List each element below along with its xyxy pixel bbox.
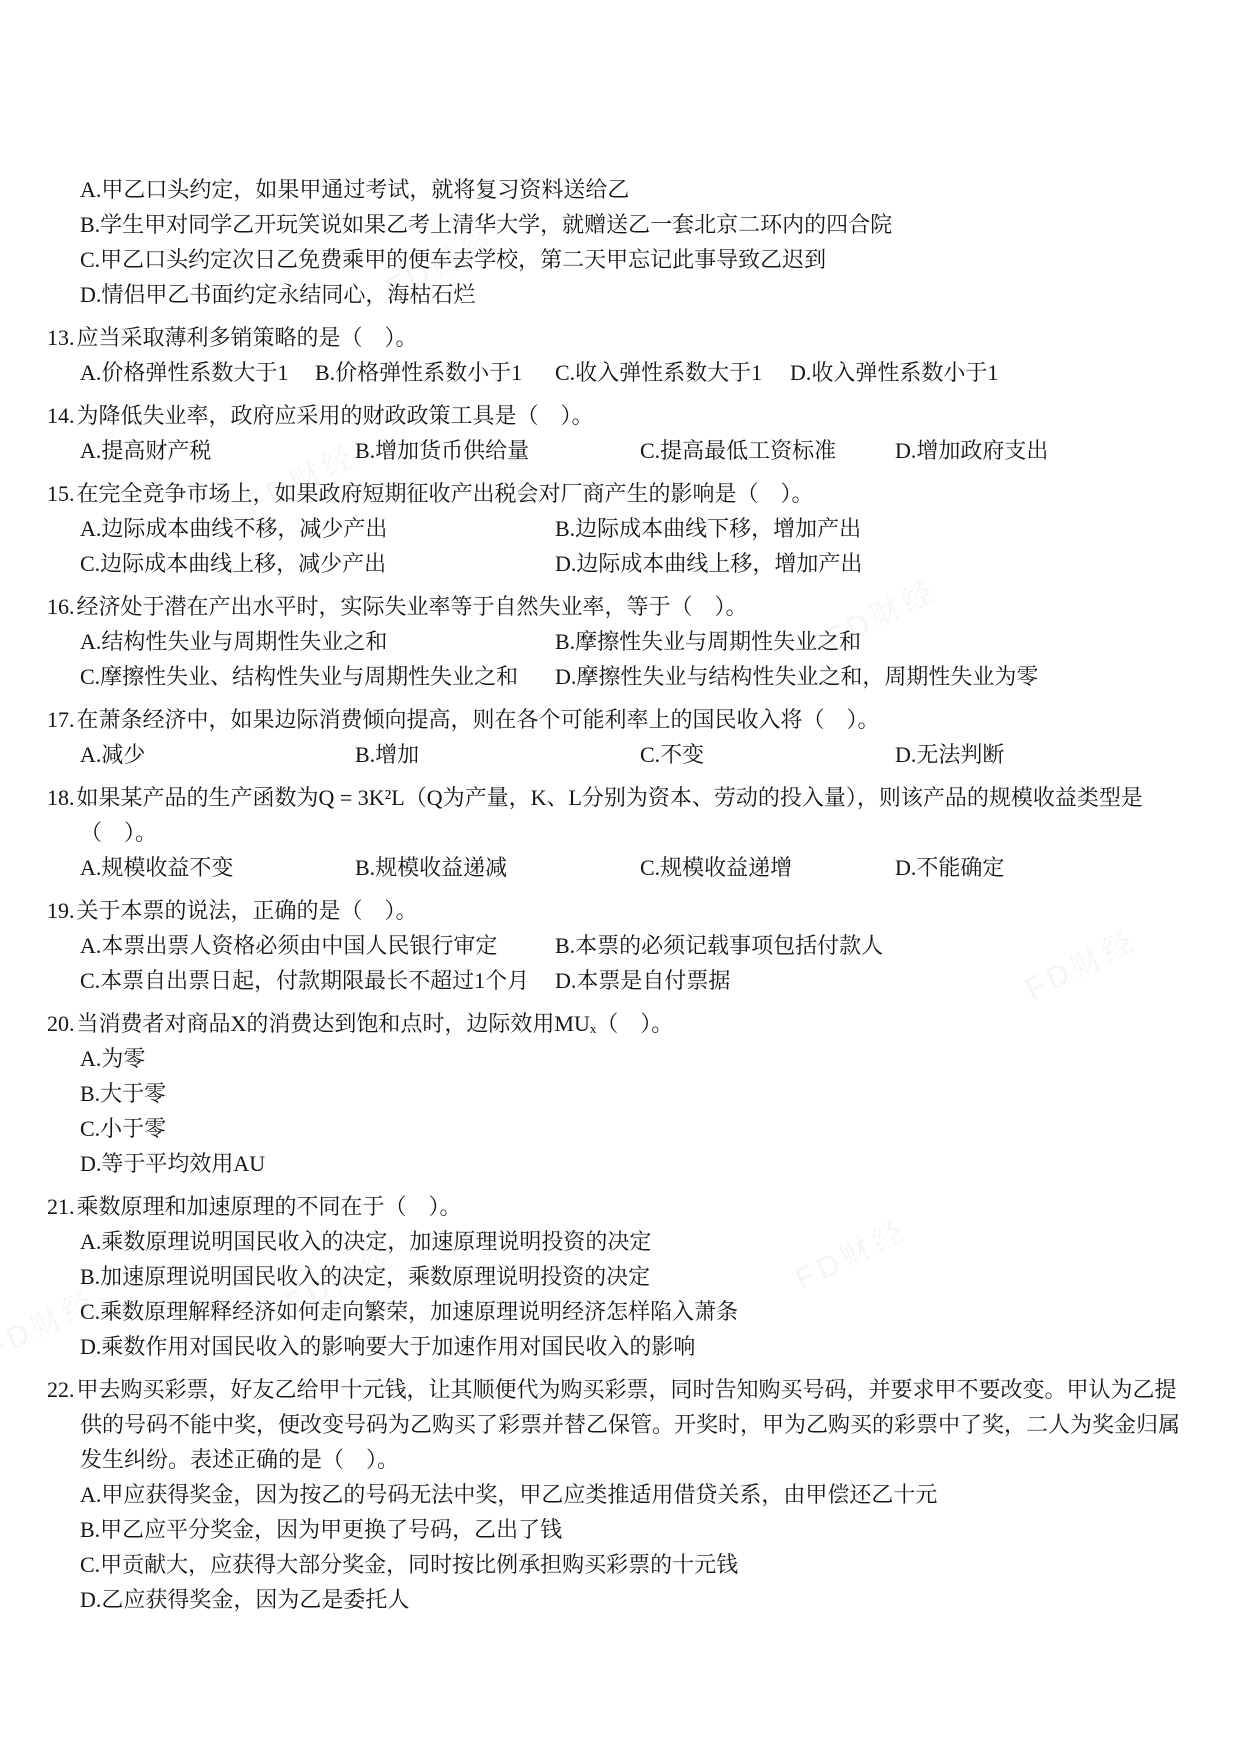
option-a: A.规模收益不变 bbox=[80, 850, 355, 885]
question-text: 甲去购买彩票，好友乙给甲十元钱，让其顺便代为购买彩票，同时告知购买号码，并要求甲… bbox=[77, 1377, 1181, 1472]
option-d: D.边际成本曲线上移，增加产出 bbox=[555, 546, 1188, 581]
question-20: 20.当消费者对商品X的消费达到饱和点时，边际效用MUₓ（ ）。 A.为零 B.… bbox=[47, 1006, 1188, 1181]
question-19: 19.关于本票的说法，正确的是（ ）。 A.本票出票人资格必须由中国人民银行审定… bbox=[47, 893, 1188, 998]
question-13: 13.应当采取薄利多销策略的是（ ）。 A.价格弹性系数大于1 B.价格弹性系数… bbox=[47, 320, 1188, 390]
option-c: C.小于零 bbox=[80, 1111, 1188, 1146]
option-c: C.乘数原理解释经济如何走向繁荣，加速原理说明经济怎样陷入萧条 bbox=[80, 1294, 1188, 1329]
question-options: A.结构性失业与周期性失业之和 B.摩擦性失业与周期性失业之和 C.摩擦性失业、… bbox=[47, 624, 1188, 694]
option-c: C.摩擦性失业、结构性失业与周期性失业之和 bbox=[80, 659, 555, 694]
option-d: D.不能确定 bbox=[895, 850, 1188, 885]
question-number: 18. bbox=[47, 785, 77, 810]
question-title: 17.在萧条经济中，如果边际消费倾向提高，则在各个可能利率上的国民收入将（ ）。 bbox=[47, 702, 1188, 737]
option-c: C.不变 bbox=[640, 737, 895, 772]
question-options: A.规模收益不变 B.规模收益递减 C.规模收益递增 D.不能确定 bbox=[47, 850, 1188, 885]
question-title: 20.当消费者对商品X的消费达到饱和点时，边际效用MUₓ（ ）。 bbox=[47, 1006, 1188, 1041]
option-a: A.减少 bbox=[80, 737, 355, 772]
option-c: C.边际成本曲线上移，减少产出 bbox=[80, 546, 555, 581]
question-22: 22.甲去购买彩票，好友乙给甲十元钱，让其顺便代为购买彩票，同时告知购买号码，并… bbox=[47, 1372, 1188, 1617]
option-a: A.本票出票人资格必须由中国人民银行审定 bbox=[80, 928, 555, 963]
option-d: D.收入弹性系数小于1 bbox=[790, 355, 1188, 390]
option-c: C.规模收益递增 bbox=[640, 850, 895, 885]
option-d: D.乘数作用对国民收入的影响要大于加速作用对国民收入的影响 bbox=[80, 1329, 1188, 1364]
question-14: 14.为降低失业率，政府应采用的财政政策工具是（ ）。 A.提高财产税 B.增加… bbox=[47, 398, 1188, 468]
question-17: 17.在萧条经济中，如果边际消费倾向提高，则在各个可能利率上的国民收入将（ ）。… bbox=[47, 702, 1188, 772]
question-21: 21.乘数原理和加速原理的不同在于（ ）。 A.乘数原理说明国民收入的决定，加速… bbox=[47, 1189, 1188, 1364]
exam-content: A.甲乙口头约定，如果甲通过考试，就将复习资料送给乙 B.学生甲对同学乙开玩笑说… bbox=[47, 172, 1188, 1617]
question-options: A.减少 B.增加 C.不变 D.无法判断 bbox=[47, 737, 1188, 772]
option-d: D.增加政府支出 bbox=[895, 433, 1188, 468]
question-text: 在完全竞争市场上，如果政府短期征收产出税会对厂商产生的影响是（ ）。 bbox=[77, 481, 814, 506]
option-d: D.乙应获得奖金，因为乙是委托人 bbox=[80, 1582, 1188, 1617]
option-a: A.甲应获得奖金，因为按乙的号码无法中奖，甲乙应类推适用借贷关系，由甲偿还乙十元 bbox=[80, 1477, 1188, 1512]
option-a: A.为零 bbox=[80, 1041, 1188, 1076]
question-options: A.为零 B.大于零 C.小于零 D.等于平均效用AU bbox=[47, 1041, 1188, 1181]
option-b: B.边际成本曲线下移，增加产出 bbox=[555, 511, 1188, 546]
option-d: D.摩擦性失业与结构性失业之和，周期性失业为零 bbox=[555, 659, 1188, 694]
question-options: A.价格弹性系数大于1 B.价格弹性系数小于1 C.收入弹性系数大于1 D.收入… bbox=[47, 355, 1188, 390]
question-title: 19.关于本票的说法，正确的是（ ）。 bbox=[47, 893, 1188, 928]
question-title: 15.在完全竞争市场上，如果政府短期征收产出税会对厂商产生的影响是（ ）。 bbox=[47, 476, 1188, 511]
exam-page: FD财经 FD财经 FD财经 FD财经 FD财经 FD财经 FD财经 A.甲乙口… bbox=[0, 0, 1240, 1754]
question-number: 21. bbox=[47, 1194, 77, 1219]
question-number: 19. bbox=[47, 898, 77, 923]
option-a: A.价格弹性系数大于1 bbox=[80, 355, 315, 390]
question-number: 17. bbox=[47, 707, 77, 732]
question-16: 16.经济处于潜在产出水平时，实际失业率等于自然失业率，等于（ ）。 A.结构性… bbox=[47, 589, 1188, 694]
option-a: A.甲乙口头约定，如果甲通过考试，就将复习资料送给乙 bbox=[80, 172, 1188, 207]
question-title: 14.为降低失业率，政府应采用的财政政策工具是（ ）。 bbox=[47, 398, 1188, 433]
option-b: B.本票的必须记载事项包括付款人 bbox=[555, 928, 1188, 963]
option-b: B.摩擦性失业与周期性失业之和 bbox=[555, 624, 1188, 659]
question-text: 如果某产品的生产函数为Q = 3K²L（Q为产量，K、L分别为资本、劳动的投入量… bbox=[77, 785, 1143, 845]
question-text: 在萧条经济中，如果边际消费倾向提高，则在各个可能利率上的国民收入将（ ）。 bbox=[77, 707, 880, 732]
question-number: 14. bbox=[47, 403, 77, 428]
question-text: 关于本票的说法，正确的是（ ）。 bbox=[77, 898, 418, 923]
question-number: 13. bbox=[47, 325, 77, 350]
option-a: A.乘数原理说明国民收入的决定，加速原理说明投资的决定 bbox=[80, 1224, 1188, 1259]
question-title: 13.应当采取薄利多销策略的是（ ）。 bbox=[47, 320, 1188, 355]
option-d: D.等于平均效用AU bbox=[80, 1146, 1188, 1181]
option-b: B.学生甲对同学乙开玩笑说如果乙考上清华大学，就赠送乙一套北京二环内的四合院 bbox=[80, 207, 1188, 242]
option-a: A.边际成本曲线不移，减少产出 bbox=[80, 511, 555, 546]
question-text: 当消费者对商品X的消费达到饱和点时，边际效用MUₓ（ ）。 bbox=[77, 1011, 674, 1036]
option-c: C.提高最低工资标准 bbox=[640, 433, 895, 468]
option-a: A.结构性失业与周期性失业之和 bbox=[80, 624, 555, 659]
option-b: B.规模收益递减 bbox=[355, 850, 640, 885]
question-text: 为降低失业率，政府应采用的财政政策工具是（ ）。 bbox=[77, 403, 594, 428]
question-title: 18.如果某产品的生产函数为Q = 3K²L（Q为产量，K、L分别为资本、劳动的… bbox=[47, 780, 1188, 850]
question-options: A.乘数原理说明国民收入的决定，加速原理说明投资的决定 B.加速原理说明国民收入… bbox=[47, 1224, 1188, 1364]
question-18: 18.如果某产品的生产函数为Q = 3K²L（Q为产量，K、L分别为资本、劳动的… bbox=[47, 780, 1188, 885]
question-text: 乘数原理和加速原理的不同在于（ ）。 bbox=[77, 1194, 462, 1219]
option-b: B.大于零 bbox=[80, 1076, 1188, 1111]
question-number: 20. bbox=[47, 1011, 77, 1036]
question-number: 16. bbox=[47, 594, 77, 619]
question-options: A.边际成本曲线不移，减少产出 B.边际成本曲线下移，增加产出 C.边际成本曲线… bbox=[47, 511, 1188, 581]
question-15: 15.在完全竞争市场上，如果政府短期征收产出税会对厂商产生的影响是（ ）。 A.… bbox=[47, 476, 1188, 581]
option-b: B.增加货币供给量 bbox=[355, 433, 640, 468]
question-options: A.提高财产税 B.增加货币供给量 C.提高最低工资标准 D.增加政府支出 bbox=[47, 433, 1188, 468]
option-d: D.情侣甲乙书面约定永结同心，海枯石烂 bbox=[80, 277, 1188, 312]
option-b: B.加速原理说明国民收入的决定，乘数原理说明投资的决定 bbox=[80, 1259, 1188, 1294]
question-title: 22.甲去购买彩票，好友乙给甲十元钱，让其顺便代为购买彩票，同时告知购买号码，并… bbox=[47, 1372, 1188, 1477]
option-b: B.甲乙应平分奖金，因为甲更换了号码，乙出了钱 bbox=[80, 1512, 1188, 1547]
question-text: 应当采取薄利多销策略的是（ ）。 bbox=[77, 325, 418, 350]
question-number: 22. bbox=[47, 1377, 77, 1402]
option-d: D.本票是自付票据 bbox=[555, 963, 1188, 998]
question-title: 16.经济处于潜在产出水平时，实际失业率等于自然失业率，等于（ ）。 bbox=[47, 589, 1188, 624]
question-options: A.甲应获得奖金，因为按乙的号码无法中奖，甲乙应类推适用借贷关系，由甲偿还乙十元… bbox=[47, 1477, 1188, 1617]
option-d: D.无法判断 bbox=[895, 737, 1188, 772]
option-c: C.收入弹性系数大于1 bbox=[555, 355, 790, 390]
question-title: 21.乘数原理和加速原理的不同在于（ ）。 bbox=[47, 1189, 1188, 1224]
option-c: C.本票自出票日起，付款期限最长不超过1个月 bbox=[80, 963, 555, 998]
option-a: A.提高财产税 bbox=[80, 433, 355, 468]
question-12-options: A.甲乙口头约定，如果甲通过考试，就将复习资料送给乙 B.学生甲对同学乙开玩笑说… bbox=[47, 172, 1188, 312]
option-b: B.价格弹性系数小于1 bbox=[315, 355, 555, 390]
question-number: 15. bbox=[47, 481, 77, 506]
option-c: C.甲乙口头约定次日乙免费乘甲的便车去学校，第二天甲忘记此事导致乙迟到 bbox=[80, 242, 1188, 277]
option-b: B.增加 bbox=[355, 737, 640, 772]
question-options: A.本票出票人资格必须由中国人民银行审定 B.本票的必须记载事项包括付款人 C.… bbox=[47, 928, 1188, 998]
option-c: C.甲贡献大，应获得大部分奖金，同时按比例承担购买彩票的十元钱 bbox=[80, 1547, 1188, 1582]
question-text: 经济处于潜在产出水平时，实际失业率等于自然失业率，等于（ ）。 bbox=[77, 594, 748, 619]
